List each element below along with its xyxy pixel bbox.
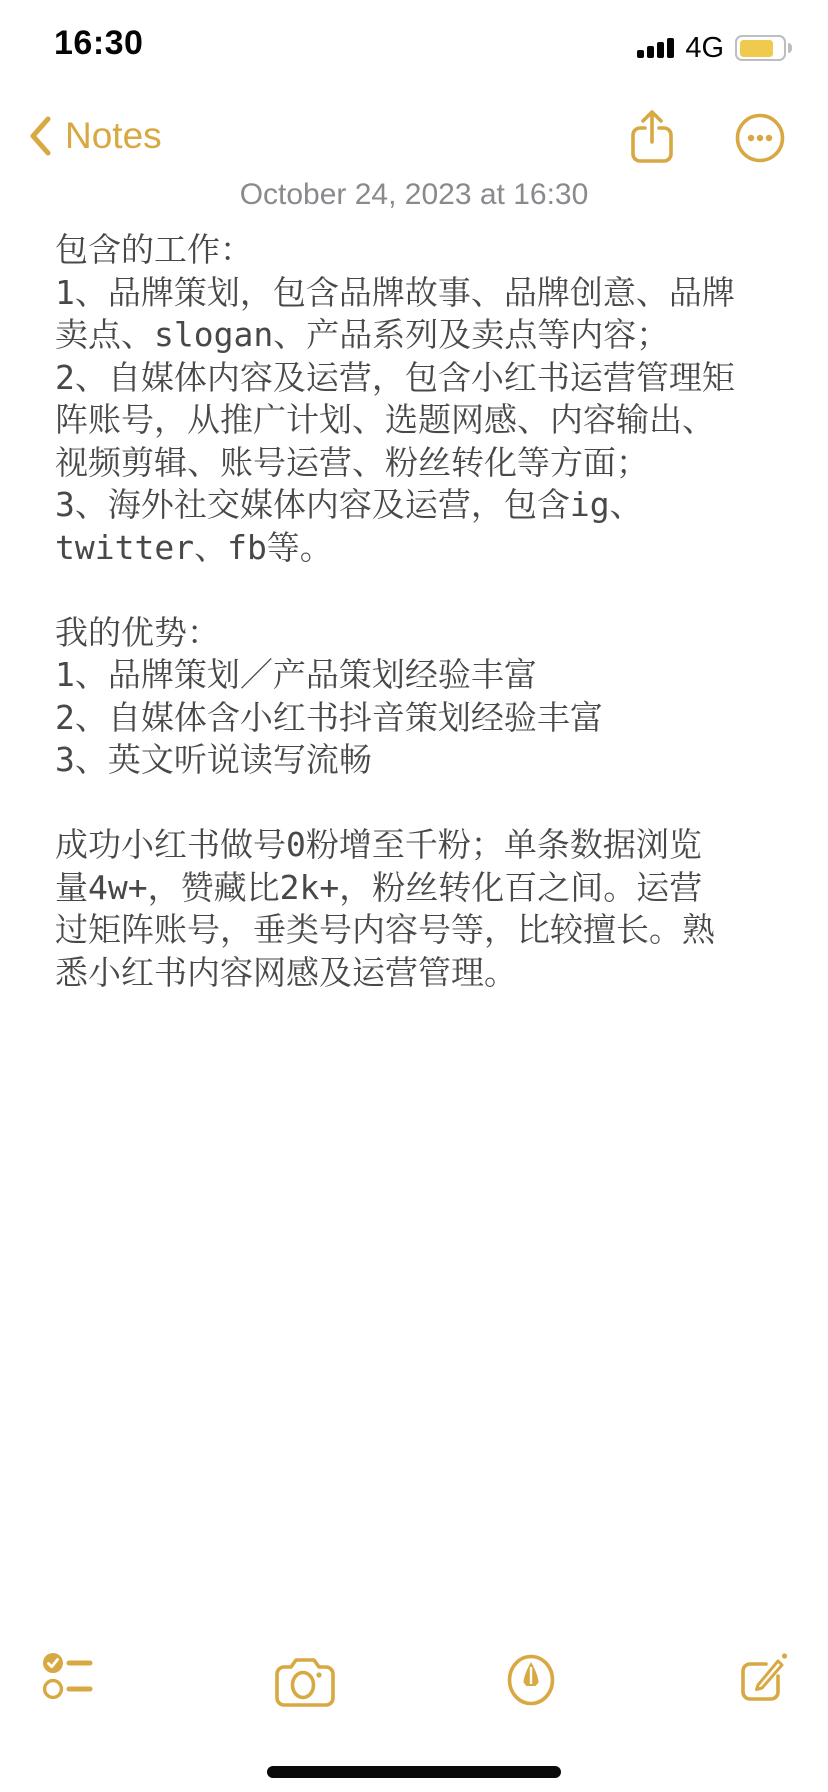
compose-button[interactable] [738, 1652, 788, 1704]
back-to-notes-button[interactable]: Notes [28, 112, 162, 160]
home-indicator[interactable] [267, 1766, 561, 1778]
note-body-text[interactable]: 包含的工作： 1、品牌策划，包含品牌故事、品牌创意、品牌 卖点、slogan、产… [55, 229, 794, 1672]
ellipsis-circle-icon [735, 113, 785, 163]
share-button[interactable] [630, 108, 674, 164]
compose-icon [738, 1652, 788, 1704]
status-time: 16:30 [54, 24, 143, 63]
battery-cap [788, 43, 792, 53]
battery-fill [740, 40, 773, 57]
markup-pen-icon [506, 1654, 556, 1706]
checklist-button[interactable] [42, 1652, 94, 1702]
chevron-left-icon [28, 114, 52, 158]
markup-button[interactable] [506, 1654, 556, 1706]
camera-button[interactable] [274, 1656, 336, 1708]
cellular-signal-icon [637, 38, 674, 58]
camera-icon [274, 1656, 336, 1708]
note-date-line: October 24, 2023 at 16:30 [0, 178, 828, 212]
checklist-icon [42, 1652, 94, 1702]
back-button-label: Notes [65, 115, 162, 157]
battery-icon [735, 35, 786, 61]
notes-app-screen: 16:30 4G Notes [0, 0, 828, 1792]
network-type-label: 4G [685, 34, 724, 63]
status-right-cluster: 4G [637, 36, 792, 60]
share-icon [630, 108, 674, 164]
more-options-button[interactable] [735, 113, 785, 163]
